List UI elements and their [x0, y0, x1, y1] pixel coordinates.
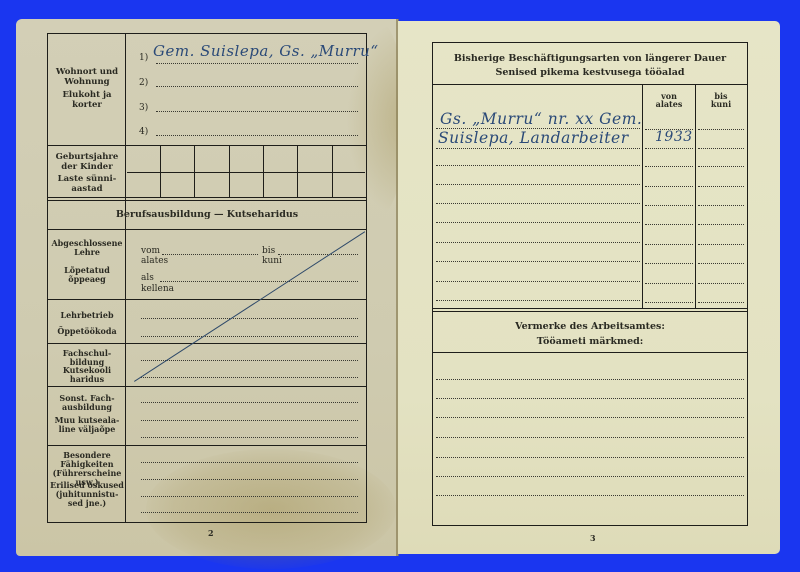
- apprenticeship-from-field[interactable]: [162, 254, 258, 255]
- employment-row-line: [436, 281, 640, 282]
- employment-row-line: [645, 166, 693, 167]
- vocational-section-title: Berufsausbildung — Kutseharidus: [48, 208, 366, 222]
- residence-label-de: Wohnort und Wohnung: [50, 67, 124, 87]
- employment-row-line: [436, 184, 640, 185]
- other-training-line-2[interactable]: [141, 420, 358, 421]
- special-skills-line-4[interactable]: [141, 512, 358, 513]
- children-mid-line: [127, 172, 365, 173]
- office-notes-line-4[interactable]: [436, 437, 744, 438]
- training-company-line-1[interactable]: [141, 318, 358, 319]
- training-company-label-de: Lehrbetrieb: [50, 311, 124, 320]
- office-notes-line-7[interactable]: [436, 495, 744, 496]
- employment-row-line: [645, 283, 693, 284]
- residence-label-et: Elukoht ja korter: [50, 90, 124, 110]
- employment-title-de: Bisherige Beschäftigungsarten von länger…: [434, 52, 746, 66]
- employment-row-line: [645, 263, 693, 264]
- employment-row-line: [436, 300, 640, 301]
- divider-other-training: [47, 445, 367, 446]
- divider-children-a: [47, 197, 367, 198]
- residence-line-1: [156, 63, 358, 64]
- office-notes-line-3[interactable]: [436, 417, 744, 418]
- other-training-label-et: Muu kutseala-line väljaõpe: [52, 416, 122, 434]
- employment-bottom-divider-b: [432, 311, 748, 312]
- apprenticeship-from-et: alates: [141, 256, 168, 266]
- children-col-4: [263, 145, 264, 197]
- residence-entry-1-num: 1): [139, 53, 148, 63]
- employment-row-line: [436, 203, 640, 204]
- residence-entry-3-num: 3): [139, 103, 148, 113]
- other-training-line-3[interactable]: [141, 437, 358, 438]
- children-label-de: Geburtsjahre der Kinder: [50, 152, 124, 172]
- employment-row-line: [645, 302, 693, 303]
- col-to-et: kuni: [697, 100, 745, 109]
- apprenticeship-label-et: Lõpetatud õppeaeg: [50, 266, 124, 284]
- employment-row-line: [645, 129, 693, 130]
- employment-row-line: [698, 224, 744, 225]
- office-notes-line-1[interactable]: [436, 379, 744, 380]
- children-col-1: [160, 145, 161, 197]
- employment-col-to-divider: [695, 85, 696, 308]
- employment-row-line: [698, 302, 744, 303]
- employment-row-line: [645, 205, 693, 206]
- office-notes-line-5[interactable]: [436, 457, 744, 458]
- special-skills-line-3[interactable]: [141, 496, 358, 497]
- divider-apprenticeship: [47, 299, 367, 300]
- employment-row-line: [645, 148, 693, 149]
- apprenticeship-as-de: als: [141, 273, 154, 283]
- employment-row-line: [698, 186, 744, 187]
- employment-row-2-from[interactable]: 1933: [655, 129, 693, 145]
- apprenticeship-as-et: kellena: [141, 284, 174, 294]
- children-col-6: [332, 145, 333, 197]
- residence-line-4: [156, 135, 358, 136]
- employment-row-line: [436, 128, 640, 129]
- other-training-label-de: Sonst. Fach-ausbildung: [56, 394, 118, 412]
- special-skills-label-et: Erilised oskused (juhitunnistu-sed jne.): [50, 481, 124, 508]
- employment-row-line: [698, 244, 744, 245]
- employment-row-2-activity[interactable]: Suislepa, Landarbeiter: [438, 129, 629, 147]
- residence-entry-1[interactable]: Gem. Suislepa, Gs. „Murru“: [153, 42, 378, 60]
- left-page-number: 2: [208, 528, 214, 538]
- divider-training-company: [47, 343, 367, 344]
- technical-school-label-et: Kutsekooli haridus: [56, 366, 118, 384]
- col-from-et: alates: [644, 100, 694, 109]
- employment-row-line: [698, 283, 744, 284]
- office-notes-line-2[interactable]: [436, 398, 744, 399]
- residence-line-2: [156, 86, 358, 87]
- residence-line-3: [156, 111, 358, 112]
- residence-entry-4-num: 4): [139, 127, 148, 137]
- children-col-3: [229, 145, 230, 197]
- employment-row-line: [436, 242, 640, 243]
- employment-row-line: [436, 165, 640, 166]
- apprenticeship-from-de: vom: [141, 246, 160, 256]
- employment-row-line: [436, 148, 640, 149]
- employment-row-line: [645, 244, 693, 245]
- employment-row-line: [698, 166, 744, 167]
- employment-row-line: [436, 222, 640, 223]
- office-notes-title-de: Vermerke des Arbeitsamtes:: [434, 320, 746, 334]
- other-training-line-1[interactable]: [141, 402, 358, 403]
- employment-title-et: Senised pikema kestvusega tööalad: [434, 66, 746, 80]
- office-notes-line-6[interactable]: [436, 476, 744, 477]
- technical-school-line-1[interactable]: [141, 360, 358, 361]
- employment-row-line: [698, 129, 744, 130]
- employment-row-line: [698, 205, 744, 206]
- employment-bottom-divider-a: [432, 308, 748, 309]
- employment-row-line: [698, 148, 744, 149]
- apprenticeship-to-de: bis: [262, 246, 275, 256]
- left-label-column-divider: [125, 33, 126, 522]
- apprenticeship-label-de: Abgeschlossene Lehre: [50, 239, 124, 257]
- employment-row-line: [645, 224, 693, 225]
- children-col-2: [194, 145, 195, 197]
- apprenticeship-to-field[interactable]: [278, 254, 358, 255]
- special-skills-line-2[interactable]: [141, 479, 358, 480]
- employment-header-divider: [432, 84, 748, 85]
- children-label-et: Laste sünni-aastad: [50, 174, 124, 194]
- employment-row-line: [436, 261, 640, 262]
- children-col-5: [297, 145, 298, 197]
- divider-residence: [47, 145, 367, 146]
- training-company-line-2[interactable]: [141, 336, 358, 337]
- apprenticeship-as-field[interactable]: [160, 281, 358, 282]
- right-page-number: 3: [590, 533, 596, 543]
- technical-school-line-2[interactable]: [141, 377, 358, 378]
- divider-technical-school: [47, 386, 367, 387]
- employment-row-1-activity[interactable]: Gs. „Murru“ nr. xx Gem.: [440, 110, 642, 128]
- office-notes-header-divider: [432, 352, 748, 353]
- employment-row-line: [698, 263, 744, 264]
- apprenticeship-to-et: kuni: [262, 256, 282, 266]
- divider-vocational-title: [47, 229, 367, 230]
- employment-row-line: [645, 186, 693, 187]
- residence-entry-2-num: 2): [139, 78, 148, 88]
- office-notes-title-et: Tööameti märkmed:: [434, 335, 746, 349]
- special-skills-line-1[interactable]: [141, 462, 358, 463]
- training-company-label-et: Õppetöökoda: [50, 327, 124, 336]
